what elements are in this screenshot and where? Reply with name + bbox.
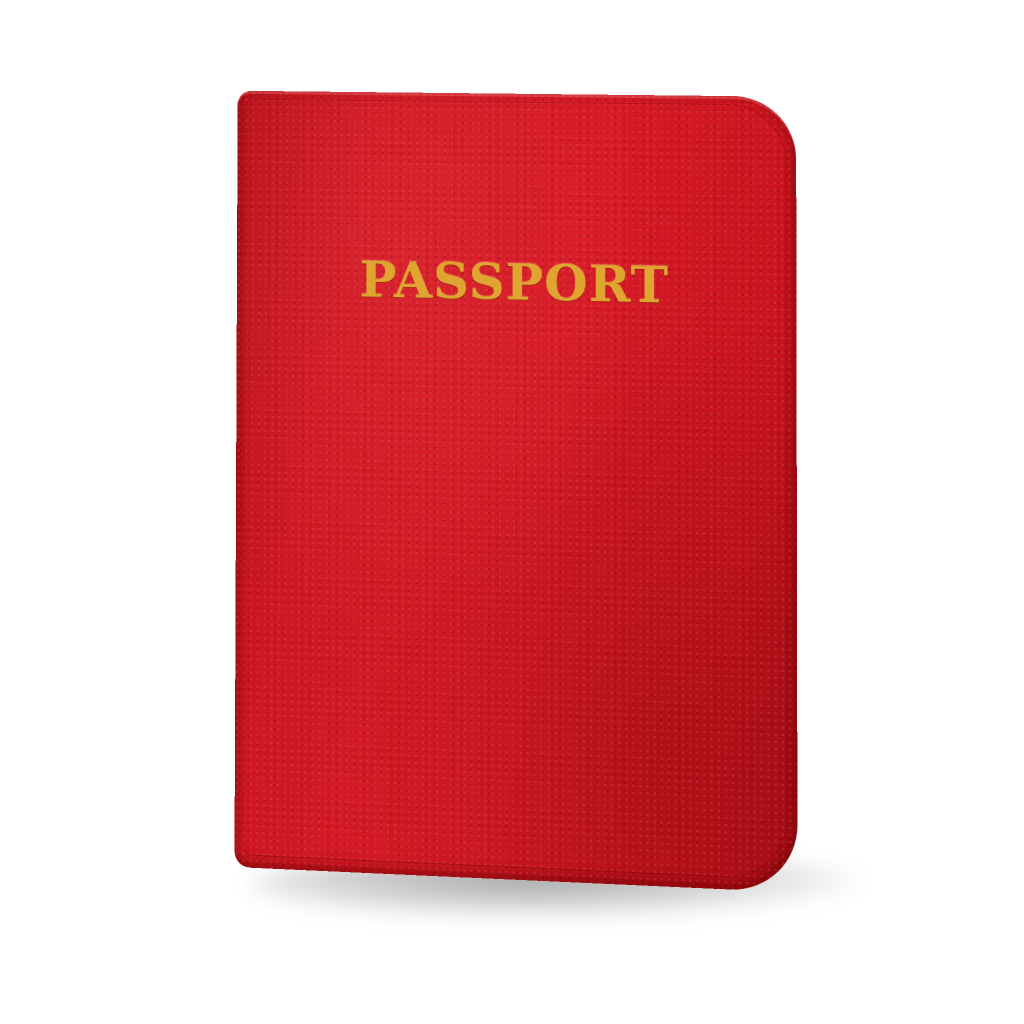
passport-cover: PASSPORT bbox=[234, 91, 797, 893]
cover-edge-seam bbox=[242, 99, 787, 880]
leather-surface: PASSPORT bbox=[234, 91, 797, 893]
product-photo: PASSPORT bbox=[0, 0, 1024, 1024]
passport-title: PASSPORT bbox=[237, 248, 797, 317]
